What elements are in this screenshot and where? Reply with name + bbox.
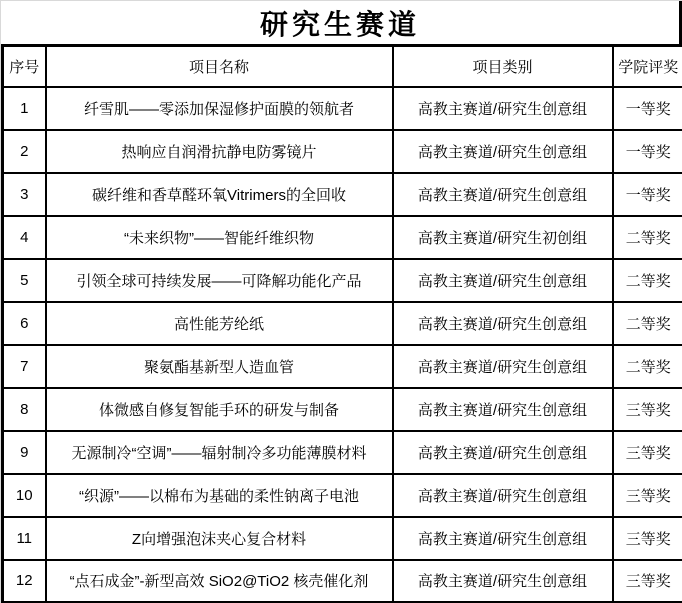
table-row: 9无源制冷“空调”——辐射制冷多功能薄膜材料高教主赛道/研究生创意组三等奖 [3, 431, 682, 474]
row-seq: 4 [3, 216, 46, 259]
row-seq: 3 [3, 173, 46, 216]
row-category: 高教主赛道/研究生创意组 [393, 259, 613, 302]
row-seq: 10 [3, 474, 46, 517]
col-header-award: 学院评奖 [613, 46, 682, 87]
row-project-name: 碳纤维和香草醛环氧Vitrimers的全回收 [46, 173, 393, 216]
row-award: 二等奖 [613, 216, 682, 259]
table-row: 4“未来织物”——智能纤维织物高教主赛道/研究生初创组二等奖 [3, 216, 682, 259]
row-category: 高教主赛道/研究生初创组 [393, 216, 613, 259]
table-row: 6高性能芳纶纸高教主赛道/研究生创意组二等奖 [3, 302, 682, 345]
table-row: 5引领全球可持续发展——可降解功能化产品高教主赛道/研究生创意组二等奖 [3, 259, 682, 302]
row-award: 三等奖 [613, 517, 682, 560]
row-category: 高教主赛道/研究生创意组 [393, 388, 613, 431]
table-row: 3碳纤维和香草醛环氧Vitrimers的全回收高教主赛道/研究生创意组一等奖 [3, 173, 682, 216]
col-header-seq: 序号 [3, 46, 46, 87]
table-row: 10“织源”——以棉布为基础的柔性钠离子电池高教主赛道/研究生创意组三等奖 [3, 474, 682, 517]
row-category: 高教主赛道/研究生创意组 [393, 431, 613, 474]
row-seq: 8 [3, 388, 46, 431]
row-award: 二等奖 [613, 345, 682, 388]
row-category: 高教主赛道/研究生创意组 [393, 517, 613, 560]
row-project-name: “织源”——以棉布为基础的柔性钠离子电池 [46, 474, 393, 517]
row-seq: 12 [3, 560, 46, 603]
row-seq: 1 [3, 87, 46, 130]
row-award: 一等奖 [613, 173, 682, 216]
row-award: 三等奖 [613, 431, 682, 474]
row-project-name: “未来织物”——智能纤维织物 [46, 216, 393, 259]
row-project-name: 聚氨酯基新型人造血管 [46, 345, 393, 388]
row-category: 高教主赛道/研究生创意组 [393, 87, 613, 130]
table-row: 1纤雪肌——零添加保湿修护面膜的领航者高教主赛道/研究生创意组一等奖 [3, 87, 682, 130]
row-category: 高教主赛道/研究生创意组 [393, 130, 613, 173]
row-project-name: Z向增强泡沫夹心复合材料 [46, 517, 393, 560]
row-seq: 9 [3, 431, 46, 474]
col-header-name: 项目名称 [46, 46, 393, 87]
awards-table: 序号 项目名称 项目类别 学院评奖 1纤雪肌——零添加保湿修护面膜的领航者高教主… [1, 44, 682, 603]
table-row: 11Z向增强泡沫夹心复合材料高教主赛道/研究生创意组三等奖 [3, 517, 682, 560]
row-seq: 5 [3, 259, 46, 302]
table-row: 2热响应自润滑抗静电防雾镜片高教主赛道/研究生创意组一等奖 [3, 130, 682, 173]
row-award: 二等奖 [613, 259, 682, 302]
row-project-name: 热响应自润滑抗静电防雾镜片 [46, 130, 393, 173]
row-project-name: 无源制冷“空调”——辐射制冷多功能薄膜材料 [46, 431, 393, 474]
col-header-category: 项目类别 [393, 46, 613, 87]
row-project-name: 体微感自修复智能手环的研发与制备 [46, 388, 393, 431]
row-seq: 11 [3, 517, 46, 560]
row-project-name: 引领全球可持续发展——可降解功能化产品 [46, 259, 393, 302]
row-category: 高教主赛道/研究生创意组 [393, 345, 613, 388]
row-award: 一等奖 [613, 87, 682, 130]
row-project-name: 纤雪肌——零添加保湿修护面膜的领航者 [46, 87, 393, 130]
row-project-name: 高性能芳纶纸 [46, 302, 393, 345]
table-header-row: 序号 项目名称 项目类别 学院评奖 [3, 46, 682, 87]
table-row: 7聚氨酯基新型人造血管高教主赛道/研究生创意组二等奖 [3, 345, 682, 388]
row-award: 二等奖 [613, 302, 682, 345]
row-award: 一等奖 [613, 130, 682, 173]
page-title: 研究生赛道 [1, 1, 682, 44]
row-category: 高教主赛道/研究生创意组 [393, 474, 613, 517]
row-award: 三等奖 [613, 560, 682, 603]
row-award: 三等奖 [613, 474, 682, 517]
row-seq: 7 [3, 345, 46, 388]
row-category: 高教主赛道/研究生创意组 [393, 302, 613, 345]
table-row: 8体微感自修复智能手环的研发与制备高教主赛道/研究生创意组三等奖 [3, 388, 682, 431]
table-row: 12“点石成金”-新型高效 SiO2@TiO2 核壳催化剂高教主赛道/研究生创意… [3, 560, 682, 603]
row-category: 高教主赛道/研究生创意组 [393, 173, 613, 216]
row-project-name: “点石成金”-新型高效 SiO2@TiO2 核壳催化剂 [46, 560, 393, 603]
row-seq: 2 [3, 130, 46, 173]
row-seq: 6 [3, 302, 46, 345]
row-award: 三等奖 [613, 388, 682, 431]
row-category: 高教主赛道/研究生创意组 [393, 560, 613, 603]
award-results-sheet: 研究生赛道 序号 项目名称 项目类别 学院评奖 1纤雪肌——零添加保湿修护面膜的… [0, 0, 682, 603]
